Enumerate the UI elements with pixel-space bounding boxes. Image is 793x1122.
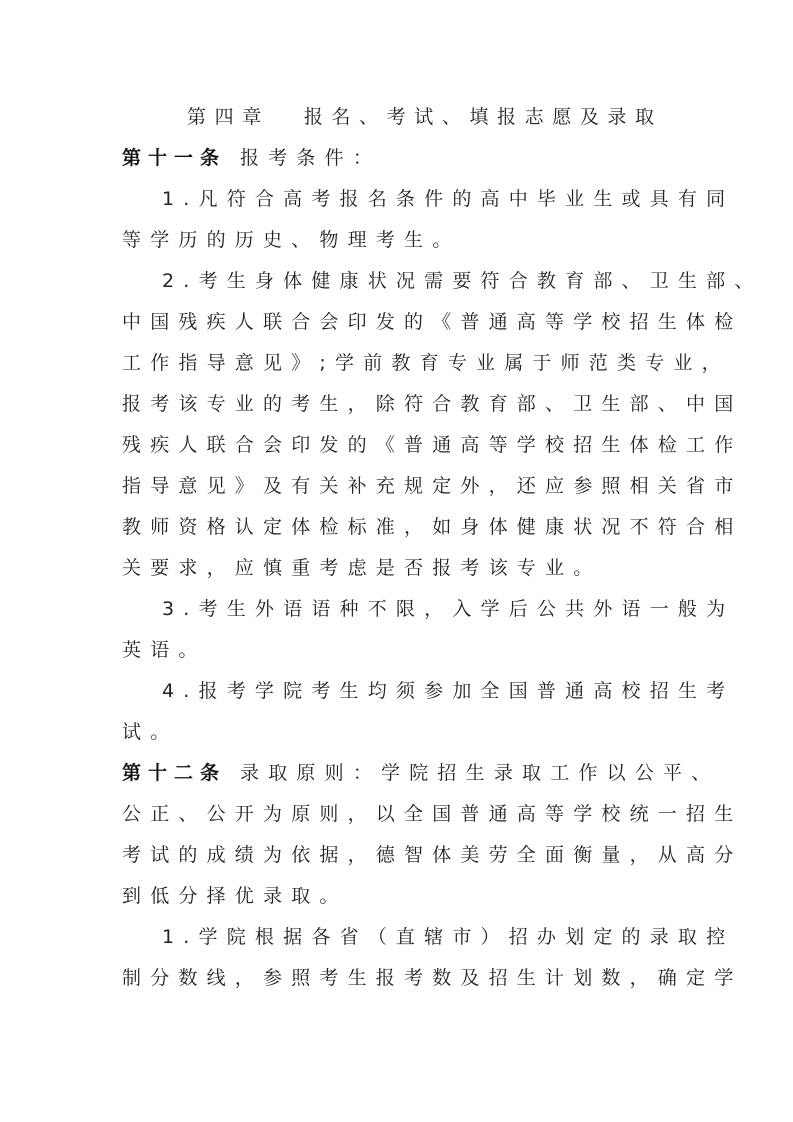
- chapter-title: 报名、考试、填报志愿及录取: [304, 106, 663, 128]
- article-number: 第十一条: [122, 147, 226, 169]
- paragraph-line: 1.学院根据各省（直辖市）招办划定的录取控: [162, 922, 670, 952]
- paragraph-line: 4.报考学院考生均须参加全国普通高校招生考: [162, 676, 670, 706]
- paragraph-line: 关要求，应慎重考虑是否报考该专业。: [122, 553, 670, 583]
- paragraph-line: 英语。: [122, 635, 670, 665]
- paragraph-line: 到低分择优录取。: [122, 881, 670, 911]
- chapter-heading: 第四章报名、考试、填报志愿及录取: [187, 102, 663, 129]
- chapter-label: 第四章: [187, 106, 270, 128]
- article-11-heading: 第十一条报考条件：: [122, 143, 670, 173]
- paragraph-line: 制分数线，参照考生报考数及招生计划数，确定学: [122, 963, 670, 993]
- article-number: 第十二条: [122, 762, 226, 784]
- paragraph-line: 指导意见》及有关补充规定外，还应参照相关省市: [122, 471, 670, 501]
- paragraph-line: 3.考生外语语种不限，入学后公共外语一般为: [162, 594, 670, 624]
- paragraph-line: 工作指导意见》;学前教育专业属于师范类专业，: [122, 348, 670, 378]
- document-page: 第四章报名、考试、填报志愿及录取 第十一条报考条件： 1.凡符合高考报名条件的高…: [0, 0, 793, 1122]
- article-title: 报考条件：: [240, 147, 381, 169]
- paragraph-line: 报考该专业的考生，除符合教育部、卫生部、中国: [122, 389, 670, 419]
- article-12-heading: 第十二条录取原则：学院招生录取工作以公平、: [122, 758, 670, 788]
- paragraph-line: 公正、公开为原则，以全国普通高等学校统一招生: [122, 799, 670, 829]
- paragraph-line: 教师资格认定体检标准，如身体健康状况不符合相: [122, 512, 670, 542]
- paragraph-line: 考试的成绩为依据，德智体美劳全面衡量，从高分: [122, 840, 670, 870]
- article-title: 录取原则：学院招生录取工作以公平、: [240, 762, 719, 784]
- paragraph-line: 等学历的历史、物理考生。: [122, 225, 670, 255]
- paragraph-line: 中国残疾人联合会印发的《普通高等学校招生体检: [122, 307, 670, 337]
- paragraph-line: 1.凡符合高考报名条件的高中毕业生或具有同: [162, 184, 670, 214]
- paragraph-line: 试。: [122, 717, 670, 747]
- paragraph-line: 残疾人联合会印发的《普通高等学校招生体检工作: [122, 430, 670, 460]
- paragraph-line: 2.考生身体健康状况需要符合教育部、卫生部、: [162, 266, 670, 296]
